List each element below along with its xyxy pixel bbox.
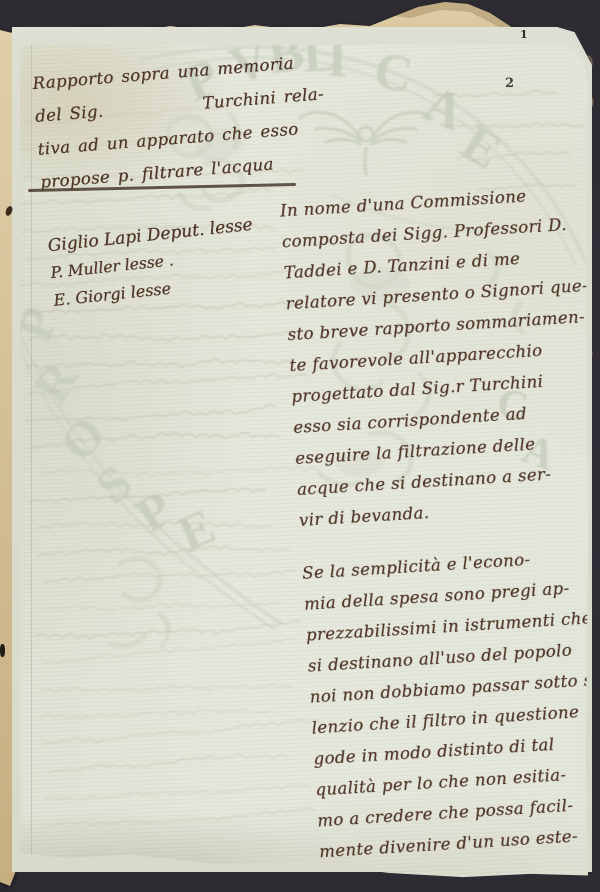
svg-text:E: E: [170, 497, 223, 562]
ink-blot: [0, 644, 5, 657]
svg-text:O: O: [49, 405, 117, 471]
header-note: Rapporto sopra una memoriadel Sig. Turch…: [31, 45, 317, 198]
page-number-current: 2: [505, 76, 514, 91]
page-number-previous: 1: [520, 28, 528, 41]
body-paragraph-2: Se la semplicità e l'econo-mia della spe…: [301, 540, 600, 867]
main-sheet-page2: PVBLICAEPROSPECA: [20, 44, 588, 878]
svg-text:S: S: [85, 454, 142, 515]
body-text-column: In nome d'una Commissionecomposta dei Si…: [279, 178, 600, 890]
svg-text:P: P: [126, 480, 182, 544]
fold-crease: [31, 44, 32, 878]
manuscript-scan: 1 PVBLICAEPROSPECA: [0, 0, 600, 892]
svg-text:E: E: [452, 114, 512, 181]
body-paragraph-1: In nome d'una Commissionecomposta dei Si…: [279, 178, 595, 536]
winged-emblem-icon: [300, 112, 432, 174]
svg-text:A: A: [416, 75, 473, 142]
svg-text:C: C: [370, 42, 417, 105]
signature-block: Giglio Lapi Deput. lesseP. Muller lesse …: [46, 207, 303, 314]
